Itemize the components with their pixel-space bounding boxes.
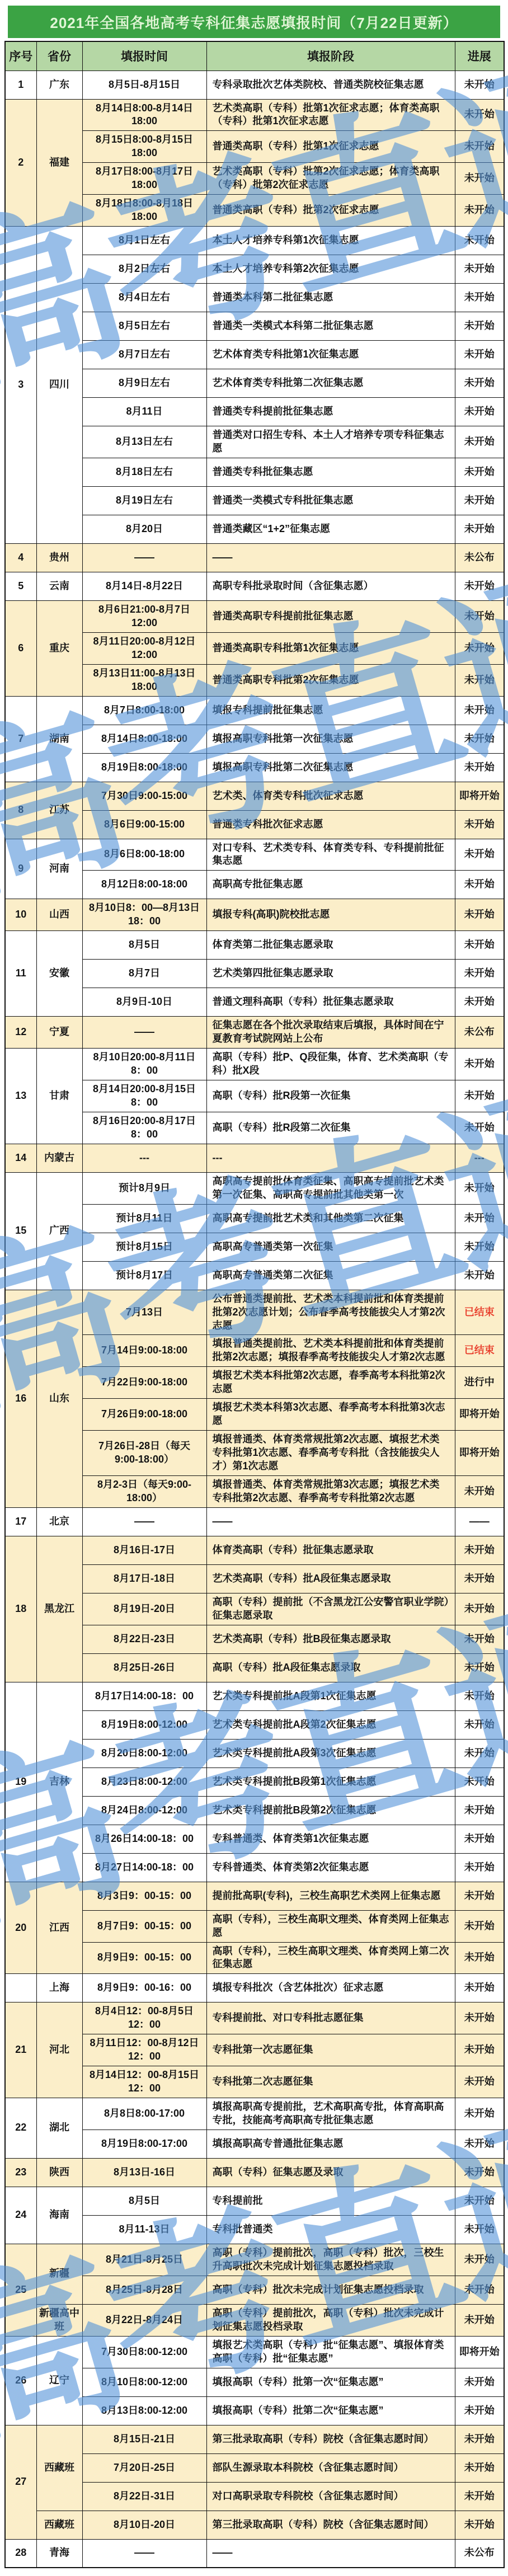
province-name-cell: 广东 (36, 70, 82, 99)
schedule-row: 14内蒙古--------- (5, 1144, 504, 1172)
status-cell: 未开始 (455, 1768, 504, 1796)
schedule-row: 26辽宁7月30日8:00-12:00填报艺术类高职（专科）批“征集志愿”、填报… (5, 2336, 504, 2368)
stage-cell: 高职专科批录取时间（含征集志愿） (206, 572, 455, 600)
stage-cell: 高职（专科），三校生高职文理类、体育类网上第二次征集志愿 (206, 1942, 455, 1974)
schedule-row: 25新疆8月21日-8月25日高职（专科）提前批次，高职（专科）批次，三校生升高… (5, 2244, 504, 2276)
status-cell: 未开始 (455, 988, 504, 1017)
stage-cell: 第三批录取高职（专科）院校（含征集志愿时间） (206, 2511, 455, 2539)
page-title: 2021年全国各地高考专科征集志愿填报时间（7月22日更新） (8, 6, 500, 38)
province-name-cell: 上海 (36, 1974, 82, 2002)
row-number-cell: 28 (5, 2539, 36, 2568)
row-number-cell: 14 (5, 1144, 36, 1172)
status-cell: 未开始 (455, 572, 504, 600)
row-number-cell: 3 (5, 227, 36, 544)
status-cell: 未开始 (455, 255, 504, 284)
stage-cell: --- (206, 1144, 455, 1172)
time-cell: 8月19日8:00-12:00 (82, 1710, 206, 1739)
province-name-cell: 云南 (36, 572, 82, 600)
stage-cell: 艺术类高职（专科）批第2次征求志愿；体育类高职（专科）批第2次征求志愿 (206, 163, 455, 195)
row-number-cell (5, 1974, 36, 2002)
row-number-cell: 1 (5, 70, 36, 99)
stage-cell: 填报高职高专普通批征集志愿 (206, 2130, 455, 2158)
time-cell: 8月11日 (82, 398, 206, 426)
table-header: 序号 省份 填报时间 填报阶段 进展 (5, 41, 504, 70)
time-cell: 7月22日9:00-18:00 (82, 1367, 206, 1399)
status-cell: 未开始 (455, 753, 504, 782)
stage-cell: 艺术类高职（专科）批A段征集志愿录取 (206, 1564, 455, 1593)
province-name-cell: 贵州 (36, 543, 82, 572)
status-cell: 未开始 (455, 312, 504, 341)
status-cell: 未开始 (455, 2511, 504, 2539)
time-cell: 8月7日9：00-15：00 (82, 1910, 206, 1942)
status-cell: 未开始 (455, 2276, 504, 2304)
stage-cell: 普通类专科提前批征集志愿 (206, 398, 455, 426)
status-cell: 未开始 (455, 1536, 504, 1564)
time-cell: 8月19日-20日 (82, 1593, 206, 1625)
status-cell: 未开始 (455, 426, 504, 458)
header-cell-stage: 填报阶段 (206, 41, 455, 70)
schedule-row: 19吉林8月17日14:00-18：00艺术类专科提前批A段第1次征集志愿未开始 (5, 1682, 504, 1710)
stage-cell: 填报专科批次（含艺体批次）征求志愿 (206, 1974, 455, 2002)
time-cell: 8月2日左右 (82, 255, 206, 284)
header-row: 序号 省份 填报时间 填报阶段 进展 (5, 41, 504, 70)
status-cell: 未开始 (455, 284, 504, 312)
status-cell: 未开始 (455, 1853, 504, 1882)
province-name-cell: 广西 (36, 1172, 82, 1290)
stage-cell: 部队生源录取本科院校（含征集志愿时间） (206, 2453, 455, 2482)
row-number-cell: 10 (5, 899, 36, 931)
time-cell: 7月20日-25日 (82, 2453, 206, 2482)
time-cell: 8月19日8:00-17:00 (82, 2130, 206, 2158)
status-cell: --- (455, 1144, 504, 1172)
schedule-row: 10山西8月10日8：00—8月13日18：00填报专科(高职)院校批志愿未开始 (5, 899, 504, 931)
time-cell: 8月13日-16日 (82, 2158, 206, 2187)
time-cell: 8月20日8:00-12:00 (82, 1739, 206, 1768)
time-cell: 8月17日8:00-8月17日18:00 (82, 163, 206, 195)
status-cell: 未公布 (455, 543, 504, 572)
province-name-cell: 北京 (36, 1507, 82, 1536)
time-cell: 8月2-3日（每天9:00-18:00） (82, 1475, 206, 1507)
stage-cell: 高职（专科）批R段第一次征集 (206, 1080, 455, 1112)
header-cell-province: 省份 (36, 41, 82, 70)
stage-cell: 高职高专普通类第一次征集 (206, 1233, 455, 1261)
time-cell: —— (82, 1507, 206, 1536)
time-cell: —— (82, 2539, 206, 2568)
status-cell: 未开始 (455, 1625, 504, 1653)
time-cell: 8月11日12：00-8月12日12：00 (82, 2034, 206, 2066)
stage-cell: 高职（专科）提前批次，高职（专科）批次，三校生升高职批次未完成计划征集志愿投档录… (206, 2244, 455, 2276)
schedule-row: 18黑龙江8月16日-17日体育类高职（专科）批征集志愿录取未开始 (5, 1536, 504, 1564)
schedule-row: 9河南8月6日8:00-18:00对口专科、艺术类专科、体育类专科、专科提前批征… (5, 839, 504, 871)
stage-cell: 专科提前批、对口专科批志愿征集 (206, 2002, 455, 2034)
time-cell: 8月17日14:00-18：00 (82, 1682, 206, 1710)
stage-cell: 专科批第二次志愿征集 (206, 2066, 455, 2098)
header-cell-status: 进展 (455, 41, 504, 70)
row-number-cell: 19 (5, 1682, 36, 1882)
time-cell: 8月12日8:00-18:00 (82, 871, 206, 899)
status-cell: 未开始 (455, 632, 504, 664)
province-name-cell: 青海 (36, 2539, 82, 2568)
header-cell-no: 序号 (5, 41, 36, 70)
stage-cell: 高职（专科）批P、Q段征集，体育、艺术类高职（专科）批X段 (206, 1049, 455, 1080)
status-cell: 未开始 (455, 2396, 504, 2425)
row-number-cell: 2 (5, 99, 36, 227)
stage-cell: 普通类一类模式本科第二批征集志愿 (206, 312, 455, 341)
schedule-row: 17北京—————— (5, 1507, 504, 1536)
stage-cell: 艺术类第四批征集志愿录取 (206, 960, 455, 988)
schedule-row: 3四川8月1日左右本土人才培养专科第1次征集志愿未开始 (5, 227, 504, 255)
stage-cell: 普通类对口招生专科、本土人才培养专项专科征集志愿 (206, 426, 455, 458)
row-number-cell: 16 (5, 1290, 36, 1507)
status-cell: 未开始 (455, 2425, 504, 2453)
time-cell: 8月23日8:00-12:00 (82, 1768, 206, 1796)
time-cell: 8月6日8:00-18:00 (82, 839, 206, 871)
status-cell: 未开始 (455, 1974, 504, 2002)
stage-cell: 第三批录取高职（专科）院校（含征集志愿时间） (206, 2425, 455, 2453)
status-cell: 未开始 (455, 696, 504, 725)
stage-cell: 填报艺术类本科批第2次志愿，春季高考本科批第2次志愿 (206, 1367, 455, 1399)
time-cell: 8月4日12：00-8月5日12：00 (82, 2002, 206, 2034)
time-cell: 8月14日-8月22日 (82, 572, 206, 600)
schedule-row: 13甘肃8月10日20:00-8月11日8：00高职（专科）批P、Q段征集，体育… (5, 1049, 504, 1080)
schedule-row: 上海8月9日9：00-16：00填报专科批次（含艺体批次）征求志愿未开始 (5, 1974, 504, 2002)
stage-cell: 普通类本科第二批征集志愿 (206, 284, 455, 312)
time-cell: 8月13日8:00-12:00 (82, 2396, 206, 2425)
schedule-row: 11安徽8月5日体育类第二批征集志愿录取未开始 (5, 931, 504, 960)
status-cell: 未开始 (455, 369, 504, 398)
time-cell: 8月18日8:00-8月18日18:00 (82, 195, 206, 227)
stage-cell: 普通类藏区“1+2”征集志愿 (206, 515, 455, 543)
province-name-cell: 福建 (36, 99, 82, 227)
status-cell: 未开始 (455, 99, 504, 131)
schedule-row: 23陕西8月13日-16日高职（专科）征集志愿及录取未开始 (5, 2158, 504, 2187)
header-cell-time: 填报时间 (82, 41, 206, 70)
stage-cell: 艺术类、体育类专科批次征求志愿 (206, 782, 455, 810)
stage-cell: 普通类高职专科批第2次征集志愿 (206, 664, 455, 696)
status-cell: 未开始 (455, 2187, 504, 2215)
status-cell: 未开始 (455, 1233, 504, 1261)
row-number-cell: 24 (5, 2187, 36, 2244)
schedule-row: 6重庆8月6日21:00-8月7日12:00普通类高职专科提前批征集志愿未开始 (5, 600, 504, 632)
status-cell: 未开始 (455, 398, 504, 426)
row-number-cell: 4 (5, 543, 36, 572)
stage-cell: 高职（专科）提前批（不含黑龙江公安警官职业学院）征集志愿录取 (206, 1593, 455, 1625)
stage-cell: 普通类高职（专科）批第2次征求志愿 (206, 195, 455, 227)
status-cell: 未开始 (455, 1049, 504, 1080)
status-cell: 未开始 (455, 2482, 504, 2511)
stage-cell: 填报艺术类本科第3次志愿、春季高考本科批第3次志愿 (206, 1399, 455, 1431)
row-number-cell: 22 (5, 2098, 36, 2159)
status-cell: —— (455, 1507, 504, 1536)
status-cell: 未开始 (455, 2244, 504, 2276)
schedule-row: 西藏班8月10日-20日第三批录取高职（专科）院校（含征集志愿时间）未开始 (5, 2511, 504, 2539)
schedule-row: 28青海————未公布 (5, 2539, 504, 2568)
status-cell: 未开始 (455, 871, 504, 899)
row-number-cell: 27 (5, 2425, 36, 2539)
status-cell: 进行中 (455, 1367, 504, 1399)
row-number-cell: 23 (5, 2158, 36, 2187)
province-name-cell: 山东 (36, 1290, 82, 1507)
stage-cell: 专科批第一次志愿征集 (206, 2034, 455, 2066)
status-cell: 未开始 (455, 2158, 504, 2187)
time-cell: 8月22日-23日 (82, 1625, 206, 1653)
status-cell: 未开始 (455, 486, 504, 515)
stage-cell: 艺术类专科提前批B段第2次征集志愿 (206, 1796, 455, 1825)
schedule-row: 24海南8月5日专科提前批未开始 (5, 2187, 504, 2215)
stage-cell: 填报高职专科批第一次征集志愿 (206, 725, 455, 753)
schedule-row: 20江西8月3日9：00-15：00提前批高职(专科)，三校生高职艺术类网上征集… (5, 1882, 504, 1910)
stage-cell: 高职高专批征集志愿 (206, 871, 455, 899)
status-cell: 即将开始 (455, 2336, 504, 2368)
stage-cell: 艺术类专科提前批A段第1次征集志愿 (206, 1682, 455, 1710)
stage-cell: 体育类第二批征集志愿录取 (206, 931, 455, 960)
row-number-cell: 8 (5, 782, 36, 839)
time-cell: 8月15日8:00-8月15日18:00 (82, 131, 206, 163)
schedule-row: 8江苏7月30日9:00-15:00艺术类、体育类专科批次征求志愿即将开始 (5, 782, 504, 810)
time-cell: 8月15日-21日 (82, 2425, 206, 2453)
status-cell: 未开始 (455, 227, 504, 255)
time-cell: 8月26日14:00-18：00 (82, 1825, 206, 1853)
province-name-cell: 新疆高中班 (36, 2304, 82, 2336)
status-cell: 已结束 (455, 1335, 504, 1367)
time-cell: 8月14日20:00-8月15日8：00 (82, 1080, 206, 1112)
time-cell: 8月22日-31日 (82, 2482, 206, 2511)
time-cell: 8月11-13日 (82, 2215, 206, 2244)
time-cell: 8月9日9：00-16：00 (82, 1974, 206, 2002)
schedule-row: 15广西预计8月9日高职高专提前批体育类征集、高职高专提前批艺术类第一次征集、高… (5, 1172, 504, 1204)
time-cell: 8月18日左右 (82, 458, 206, 486)
status-cell: 未开始 (455, 1942, 504, 1974)
time-cell: 8月19日左右 (82, 486, 206, 515)
province-name-cell: 湖南 (36, 696, 82, 782)
province-name-cell: 陕西 (36, 2158, 82, 2187)
stage-cell: 征集志愿在各个批次录取结束后填报，具体时间在宁夏教育考试院网站上公布 (206, 1017, 455, 1049)
time-cell: 8月27日14:00-18：00 (82, 1853, 206, 1882)
status-cell: 未开始 (455, 1796, 504, 1825)
province-name-cell: 宁夏 (36, 1017, 82, 1049)
row-number-cell: 9 (5, 839, 36, 899)
status-cell: 未开始 (455, 2215, 504, 2244)
province-name-cell: 辽宁 (36, 2336, 82, 2425)
province-name-cell: 新疆 (36, 2244, 82, 2304)
time-cell: 8月16日20:00-8月17日8：00 (82, 1112, 206, 1144)
row-number-cell: 5 (5, 572, 36, 600)
stage-cell: 高职（专科）征集志愿及录取 (206, 2158, 455, 2187)
province-name-cell: 海南 (36, 2187, 82, 2244)
time-cell: 7月13日 (82, 1290, 206, 1335)
stage-cell: 专科录取批次艺体类院校、普通类院校征集志愿 (206, 70, 455, 99)
time-cell: 8月14日8:00-8月14日18:00 (82, 99, 206, 131)
schedule-table: 序号 省份 填报时间 填报阶段 进展 1广东8月5日-8月15日专科录取批次艺体… (4, 41, 505, 2568)
status-cell: 未开始 (455, 341, 504, 369)
stage-cell: 高职（专科）批A段征集志愿录取 (206, 1653, 455, 1682)
province-name-cell: 河南 (36, 839, 82, 899)
stage-cell: —— (206, 543, 455, 572)
status-cell: 未开始 (455, 70, 504, 99)
row-number-cell: 20 (5, 1882, 36, 1974)
province-name-cell: 甘肃 (36, 1049, 82, 1144)
status-cell: 未开始 (455, 131, 504, 163)
time-cell: 预计8月11日 (82, 1204, 206, 1233)
stage-cell: 艺术类专科提前批A段第2次征集志愿 (206, 1710, 455, 1739)
stage-cell: 填报普通类、体育类常规批第2次志愿、填报艺术类专科批第1次志愿、春季高考专科批（… (206, 1431, 455, 1476)
time-cell: 8月25日-26日 (82, 1653, 206, 1682)
time-cell: 8月21日-8月25日 (82, 2244, 206, 2276)
stage-cell: 普通文理科高职（专科）批征集志愿录取 (206, 988, 455, 1017)
status-cell: 未开始 (455, 2034, 504, 2066)
status-cell: 未开始 (455, 1204, 504, 1233)
time-cell: 7月26日9:00-18:00 (82, 1399, 206, 1431)
schedule-table-body: 1广东8月5日-8月15日专科录取批次艺体类院校、普通类院校征集志愿未开始2福建… (5, 70, 504, 2568)
status-cell: 未开始 (455, 1172, 504, 1204)
status-cell: 未开始 (455, 195, 504, 227)
stage-cell: 高职（专科）提前批次，高职（专科）批次未完成计划征集志愿投档录取 (206, 2304, 455, 2336)
stage-cell: 高职（专科）批次未完成计划征集志愿投档录取 (206, 2276, 455, 2304)
time-cell: —— (82, 543, 206, 572)
stage-cell: 艺术类高职（专科）批第1次征求志愿；体育类高职（专科）批第1次征求志愿 (206, 99, 455, 131)
stage-cell: —— (206, 1507, 455, 1536)
schedule-row: 新疆高中班8月22日-8月24日高职（专科）提前批次，高职（专科）批次未完成计划… (5, 2304, 504, 2336)
time-cell: 8月14日8:00-18:00 (82, 725, 206, 753)
time-cell: 8月5日 (82, 931, 206, 960)
time-cell: 8月8日8:00-17:00 (82, 2098, 206, 2130)
time-cell: 8月10日20:00-8月11日8：00 (82, 1049, 206, 1080)
status-cell: 未开始 (455, 1080, 504, 1112)
time-cell: 8月9日-10日 (82, 988, 206, 1017)
schedule-row: 1广东8月5日-8月15日专科录取批次艺体类院校、普通类院校征集志愿未开始 (5, 70, 504, 99)
stage-cell: 填报艺术类高职（专科）批“征集志愿”、填报体育类高职（专科）批“征集志愿” (206, 2336, 455, 2368)
stage-cell: 高职高专普通类第二次征集 (206, 1261, 455, 1290)
status-cell: 未开始 (455, 1825, 504, 1853)
row-number-cell: 17 (5, 1507, 36, 1536)
time-cell: 8月10日8:00-12:00 (82, 2368, 206, 2396)
stage-cell: 高职（专科），三校生高职文理类、体育类网上征集志愿 (206, 1910, 455, 1942)
status-cell: 未开始 (455, 2368, 504, 2396)
time-cell: 7月30日8:00-12:00 (82, 2336, 206, 2368)
stage-cell: 填报高职专科批第二次征集志愿 (206, 753, 455, 782)
status-cell: 未开始 (455, 1112, 504, 1144)
schedule-row: 7湖南8月7日8:00-18:00填报专科提前批征集志愿未开始 (5, 696, 504, 725)
status-cell: 未开始 (455, 664, 504, 696)
status-cell: 未开始 (455, 2130, 504, 2158)
province-name-cell: 江苏 (36, 782, 82, 839)
status-cell: 未开始 (455, 839, 504, 871)
schedule-row: 21河北8月4日12：00-8月5日12：00专科提前批、对口专科批志愿征集未开… (5, 2002, 504, 2034)
stage-cell: 填报专科(高职)院校批志愿 (206, 899, 455, 931)
stage-cell: 普通类专科批征集志愿 (206, 458, 455, 486)
schedule-row: 27西藏班8月15日-21日第三批录取高职（专科）院校（含征集志愿时间）未开始 (5, 2425, 504, 2453)
status-cell: 未开始 (455, 1653, 504, 1682)
stage-cell: 专科提前批 (206, 2187, 455, 2215)
time-cell: 8月13日左右 (82, 426, 206, 458)
page: 2021年全国各地高考专科征集志愿填报时间（7月22日更新） 序号 省份 填报时… (0, 0, 508, 2576)
province-name-cell: 河北 (36, 2002, 82, 2098)
stage-cell: 填报高职（专科）批第二次“征集志愿” (206, 2396, 455, 2425)
row-number-cell: 11 (5, 931, 36, 1017)
status-cell: 未开始 (455, 931, 504, 960)
status-cell: 未开始 (455, 1593, 504, 1625)
time-cell: 8月3日9：00-15：00 (82, 1882, 206, 1910)
status-cell: 未开始 (455, 515, 504, 543)
time-cell: 8月9日左右 (82, 369, 206, 398)
stage-cell: 本土人才培养专科第2次征集志愿 (206, 255, 455, 284)
province-name-cell: 安徽 (36, 931, 82, 1017)
time-cell: 8月7日8:00-18:00 (82, 696, 206, 725)
status-cell: 未开始 (455, 960, 504, 988)
time-cell: 8月6日9:00-15:00 (82, 810, 206, 839)
province-name-cell: 重庆 (36, 600, 82, 696)
status-cell: 未公布 (455, 1017, 504, 1049)
row-number-cell: 18 (5, 1536, 36, 1682)
status-cell: 未开始 (455, 1475, 504, 1507)
time-cell: 预计8月9日 (82, 1172, 206, 1204)
stage-cell: 高职高专提前批艺术类和其他类第二次征集 (206, 1204, 455, 1233)
time-cell: 8月4日左右 (82, 284, 206, 312)
status-cell: 未开始 (455, 2066, 504, 2098)
status-cell: 已结束 (455, 1290, 504, 1335)
stage-cell: 普通类高职专科批第1次征集志愿 (206, 632, 455, 664)
province-name-cell: 四川 (36, 227, 82, 544)
schedule-row: 4贵州————未公布 (5, 543, 504, 572)
province-name-cell: 西藏班 (36, 2511, 82, 2539)
province-name-cell: 西藏班 (36, 2425, 82, 2511)
time-cell: 8月16日-17日 (82, 1536, 206, 1564)
time-cell: 8月24日8:00-12:00 (82, 1796, 206, 1825)
status-cell: 即将开始 (455, 1399, 504, 1431)
status-cell: 未开始 (455, 1882, 504, 1910)
stage-cell: 专科普通类、体育类第1次征集志愿 (206, 1825, 455, 1853)
stage-cell: 普通类高职（专科）批第1次征求志愿 (206, 131, 455, 163)
stage-cell: 填报高职高专提前批，艺术高职高专批，体育高职高专批，技能高考高职高专批征集志愿 (206, 2098, 455, 2130)
schedule-row: 16山东7月13日公布普通类提前批、艺术类本科提前批和体育类提前批第2次志愿计划… (5, 1290, 504, 1335)
time-cell: 8月6日21:00-8月7日12:00 (82, 600, 206, 632)
schedule-row: 22湖北8月8日8:00-17:00填报高职高专提前批，艺术高职高专批，体育高职… (5, 2098, 504, 2130)
time-cell: 7月14日9:00-18:00 (82, 1335, 206, 1367)
stage-cell: 体育类高职（专科）批征集志愿录取 (206, 1536, 455, 1564)
time-cell: 预计8月15日 (82, 1233, 206, 1261)
stage-cell: 艺术体育类专科批第二次征集志愿 (206, 369, 455, 398)
row-number-cell: 13 (5, 1049, 36, 1144)
time-cell: 8月5日左右 (82, 312, 206, 341)
time-cell: 8月17日-18日 (82, 1564, 206, 1593)
time-cell: 8月19日8:00-18:00 (82, 753, 206, 782)
row-number-cell: 12 (5, 1017, 36, 1049)
status-cell: 未开始 (455, 810, 504, 839)
stage-cell: 提前批高职(专科)，三校生高职艺术类网上征集志愿 (206, 1882, 455, 1910)
time-cell: 8月10日8：00—8月13日18：00 (82, 899, 206, 931)
status-cell: 即将开始 (455, 782, 504, 810)
row-number-cell: 15 (5, 1172, 36, 1290)
stage-cell: 专科批普通类 (206, 2215, 455, 2244)
time-cell: --- (82, 1144, 206, 1172)
status-cell: 未开始 (455, 2002, 504, 2034)
row-number-cell: 25 (5, 2244, 36, 2336)
row-number-cell: 26 (5, 2336, 36, 2425)
status-cell: 未开始 (455, 1682, 504, 1710)
time-cell: 8月9日9：00-15：00 (82, 1942, 206, 1974)
stage-cell: 艺术类专科提前批B段第1次征集志愿 (206, 1768, 455, 1796)
stage-cell: 本土人才培养专科第1次征集志愿 (206, 227, 455, 255)
time-cell: 8月22日-8月24日 (82, 2304, 206, 2336)
time-cell: 8月13日11:00-8月13日18:00 (82, 664, 206, 696)
status-cell: 未公布 (455, 2539, 504, 2568)
time-cell: 8月5日-8月15日 (82, 70, 206, 99)
time-cell: 8月7日 (82, 960, 206, 988)
province-name-cell: 山西 (36, 899, 82, 931)
stage-cell: 艺术类高职（专科）批B段征集志愿录取 (206, 1625, 455, 1653)
stage-cell: 高职（专科）批R段第二次征集 (206, 1112, 455, 1144)
time-cell: 8月7日左右 (82, 341, 206, 369)
